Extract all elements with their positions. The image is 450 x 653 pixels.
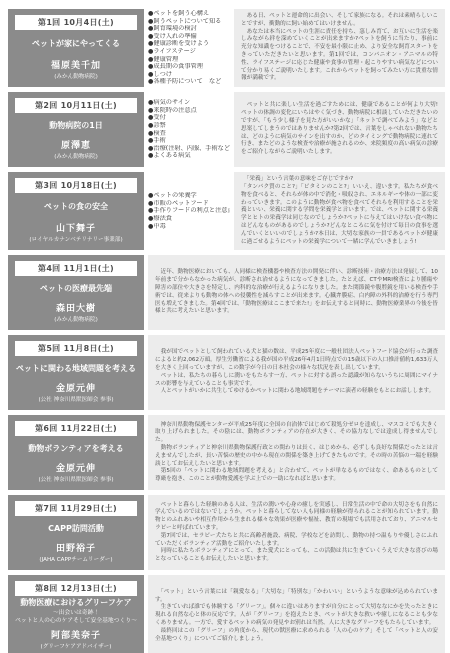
session-date: 第3回 10月18日(土) [15,178,137,193]
session-card: 第4回 11月1日(土) ペットの医療最先端 森田大樹 (みかん動物病院) [8,255,144,330]
session-title-block: CAPP訪問活動 [15,516,137,541]
topic-item: ●治療(注射、内服、手術など) [148,145,230,153]
session-description: 近年、動物医療においても、人同様に検査機器や検査方法の開発に伴い、診断技術・治療… [155,269,438,316]
session-description: ペットと共に楽しい生活を過ごすためには、健康であることが何より大切!ペットの体調… [241,102,438,157]
topic-item: ●来院時の注意点 [148,107,230,115]
session-date: 第8回 12月13日(土) [15,581,137,596]
speaker-block: 田野裕子 (JAHA CAPPチームリーダー) [15,541,137,564]
session-date: 第7回 11月29日(土) [15,501,137,516]
session-title-block: ペットの食の安全 [15,193,137,221]
session-description-box: 我が国でペットとして飼われている犬と猫の数は、平成25年度に一般社団法人ペットフ… [148,335,445,410]
session-title: ペットの医療最先端 [15,284,137,294]
topic-list: ●ペットを飼う心構え●飼うペットについて知る●飼育環境の検討●受け入れの準備●健… [148,9,230,87]
session-card: 第6回 11月22日(土) 動物ボランティアを考える 金原元伸 (公社 神奈川県… [8,415,144,490]
speaker-name: 金原元伸 [15,381,137,394]
speaker-block: 原澤恵 (みかん動物病院) [15,138,137,161]
topic-item: ●よくある病気 [148,152,230,160]
topic-item: ●飼うペットについて知る [148,18,230,26]
speaker-block: 阿部美奈子 (グリーフケアアドバイザー) [15,628,137,651]
session-title-block: 動物医療におけるグリーフケア ～出会いは奇跡！ ペットと人の心のケアそして安全基… [15,596,137,628]
topic-item: ●しつけ [148,71,230,79]
speaker-name: 山下舞子 [15,221,137,234]
speaker-affiliation: (ロイヤルカナンベテリナリー事業部) [15,235,137,243]
topic-item: ●手作りフードの利点と注意点 [148,207,230,215]
speaker-name: 阿部美奈子 [15,628,137,641]
topic-item: ●受付 [148,114,230,122]
session-description: ある日、ペットと運命的に出会い、そして家族になる。それは素晴らしいことですが、衝… [241,13,438,83]
session-title-block: ペットの医療最先端 [15,276,137,301]
topic-item: ●手術 [148,137,230,145]
session-date: 第6回 11月22日(土) [15,421,137,436]
speaker-name: 福原美千加 [15,58,137,71]
session-title-block: ペットが家にやってくる [15,30,137,58]
topic-list: ●病気のサイン●来院時の注意点●受付●診察●検査●手術●治療(注射、内服、手術な… [148,92,230,167]
session-description-box: 近年、動物医療においても、人同様に検査機器や検査方法の開発に伴い、診断技術・治療… [148,255,445,330]
topic-item: ●健康管理 [148,56,230,64]
session-description-box: ペットと共に楽しい生活を過ごすためには、健康であることが何より大切!ペットの体調… [234,92,445,167]
speaker-affiliation: (みかん動物病院) [15,72,137,80]
session-title: 動物ボランティアを考える [15,444,137,454]
session-row: 第6回 11月22日(土) 動物ボランティアを考える 金原元伸 (公社 神奈川県… [8,415,445,490]
session-description: ペットと暮らした経験のある人は、生活の潤いや心身の癒しを実感し、日常生活の中で命… [155,502,438,564]
session-card: 第7回 11月29日(土) CAPP訪問活動 田野裕子 (JAHA CAPPチー… [8,495,144,570]
session-title: 動物病院の1日 [15,121,137,131]
speaker-block: 金原元伸 (公社 神奈川県獣医師会 参事) [15,381,137,404]
session-date: 第2回 10月11日(土) [15,98,137,113]
topic-item: ●ライフステージ [148,48,230,56]
session-description: 神奈川県動物保護センターが平成25年度に全国の自治体ではじめて殺処分ゼロを達成し… [155,422,438,484]
speaker-name: 森田大樹 [15,301,137,314]
session-title: CAPP訪問活動 [15,524,137,534]
session-title: ペットに関わる地域問題を考える [15,364,137,374]
session-description: 「栄養」という言葉の意味をご存じですか? 「タンパク質のこと?」「ビタミンのこと… [241,176,438,246]
session-title: ペットが家にやってくる [15,39,137,49]
speaker-affiliation: (みかん動物病院) [15,315,137,323]
topic-list: ●ペットの栄養学●市販のペットフード●手作りフードの利点と注意点●療法食●中毒 [148,172,230,250]
speaker-affiliation: (公社 神奈川県獣医師会 参事) [15,395,137,403]
session-row: 第5回 11月8日(土) ペットに関わる地域問題を考える 金原元伸 (公社 神奈… [8,335,445,410]
session-row: 第1回 10月4日(土) ペットが家にやってくる 福原美千加 (みかん動物病院)… [8,9,445,87]
topic-item: ●飼育環境の検討 [148,25,230,33]
speaker-name: 原澤恵 [15,138,137,151]
session-title-block: 動物病院の1日 [15,113,137,138]
speaker-block: 金原元伸 (公社 神奈川県獣医師会 参事) [15,461,137,484]
speaker-affiliation: (みかん動物病院) [15,152,137,160]
session-title: 動物医療におけるグリーフケア [15,598,137,608]
lecture-schedule: 第1回 10月4日(土) ペットが家にやってくる 福原美千加 (みかん動物病院)… [8,9,445,653]
topic-item: ●ペットの栄養学 [148,192,230,200]
session-row: 第7回 11月29日(土) CAPP訪問活動 田野裕子 (JAHA CAPPチー… [8,495,445,570]
speaker-affiliation: (公社 神奈川県獣医師会 参事) [15,475,137,483]
topic-item: ●検査 [148,130,230,138]
topic-item: ●中毒 [148,223,230,231]
session-row: 第3回 10月18日(土) ペットの食の安全 山下舞子 (ロイヤルカナンベテリナ… [8,172,445,250]
speaker-block: 森田大樹 (みかん動物病院) [15,301,137,324]
session-description-box: ペットと暮らした経験のある人は、生活の潤いや心身の癒しを実感し、日常生活の中で命… [148,495,445,570]
session-card: 第5回 11月8日(土) ペットに関わる地域問題を考える 金原元伸 (公社 神奈… [8,335,144,410]
session-description-box: ある日、ペットと運命的に出会い、そして家族になる。それは素晴らしいことですが、衝… [234,9,445,87]
session-description: 我が国でペットとして飼われている犬と猫の数は、平成25年度に一般社団法人ペットフ… [155,349,438,396]
topic-item: ●病気のサイン [148,99,230,107]
speaker-name: 田野裕子 [15,541,137,554]
session-description: 「ペット」という言葉には「親愛なる」「大切な」「特別な」「かわいい」というような… [155,589,438,644]
session-subtitle: ～出会いは奇跡！ ペットと人の心のケアそして安全基地つくり～ [15,610,137,626]
speaker-affiliation: (JAHA CAPPチームリーダー) [15,555,137,563]
speaker-block: 山下舞子 (ロイヤルカナンベテリナリー事業部) [15,221,137,244]
session-card: 第8回 12月13日(土) 動物医療におけるグリーフケア ～出会いは奇跡！ ペッ… [8,575,144,653]
session-date: 第5回 11月8日(土) [15,341,137,356]
topic-item: ●受け入れの準備 [148,33,230,41]
speaker-affiliation: (グリーフケアアドバイザー) [15,642,137,650]
session-date: 第1回 10月4日(土) [15,15,137,30]
speaker-block: 福原美千加 (みかん動物病院) [15,58,137,81]
session-row: 第2回 10月11日(土) 動物病院の1日 原澤恵 (みかん動物病院) ●病気の… [8,92,445,167]
session-description-box: 神奈川県動物保護センターが平成25年度に全国の自治体ではじめて殺処分ゼロを達成し… [148,415,445,490]
topic-item: ●市販のペットフード [148,200,230,208]
topic-item: ●ペットを飼う心構え [148,10,230,18]
session-row: 第8回 12月13日(土) 動物医療におけるグリーフケア ～出会いは奇跡！ ペッ… [8,575,445,653]
session-title-block: 動物ボランティアを考える [15,436,137,461]
session-card: 第2回 10月11日(土) 動物病院の1日 原澤恵 (みかん動物病院) [8,92,144,167]
session-card: 第3回 10月18日(土) ペットの食の安全 山下舞子 (ロイヤルカナンベテリナ… [8,172,144,250]
topic-item: ●各種予防について など [148,78,230,86]
topic-item: ●療法食 [148,215,230,223]
session-description-box: 「ペット」という言葉には「親愛なる」「大切な」「特別な」「かわいい」というような… [148,575,445,653]
session-card: 第1回 10月4日(土) ペットが家にやってくる 福原美千加 (みかん動物病院) [8,9,144,87]
session-row: 第4回 11月1日(土) ペットの医療最先端 森田大樹 (みかん動物病院) 近年… [8,255,445,330]
topic-item: ●健康診断を受けよう [148,40,230,48]
session-title: ペットの食の安全 [15,202,137,212]
topic-item: ●成長期の食事管理 [148,63,230,71]
speaker-name: 金原元伸 [15,461,137,474]
topic-item: ●診察 [148,122,230,130]
session-title-block: ペットに関わる地域問題を考える [15,356,137,381]
session-description-box: 「栄養」という言葉の意味をご存じですか? 「タンパク質のこと?」「ビタミンのこと… [234,172,445,250]
session-date: 第4回 11月1日(土) [15,261,137,276]
